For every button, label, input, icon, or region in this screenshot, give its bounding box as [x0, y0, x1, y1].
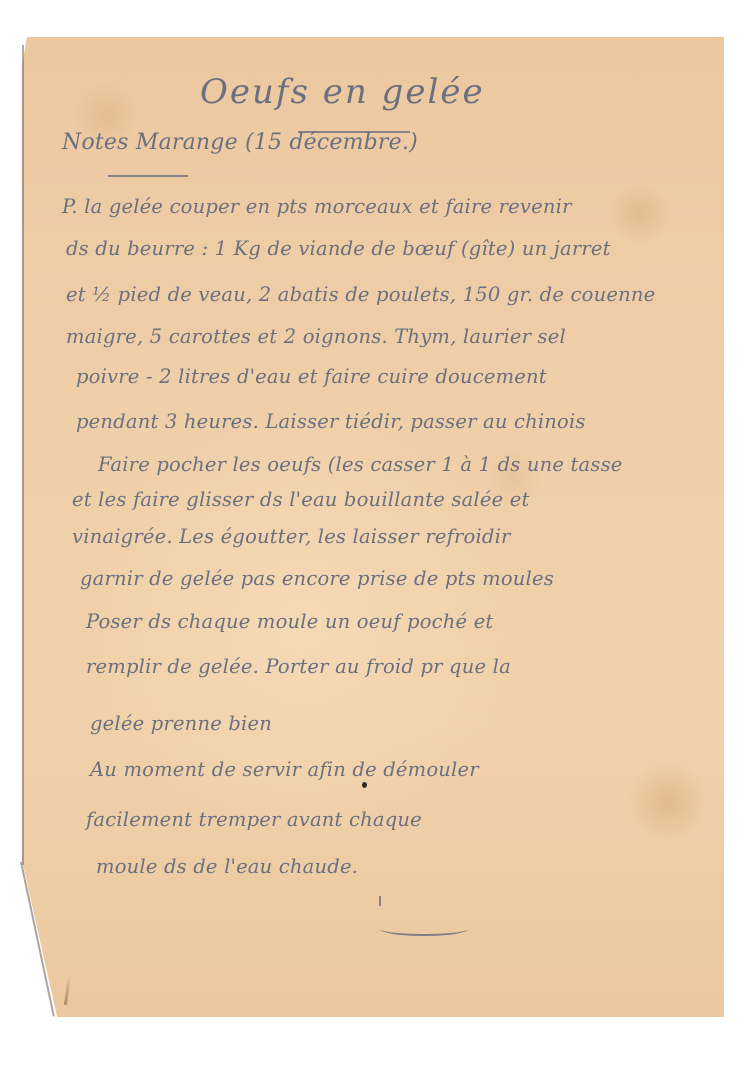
recipe-line-7: Faire pocher les oeufs (les casser 1 à 1… [98, 453, 623, 476]
recipe-line-14: Au moment de servir afin de démouler [90, 758, 479, 781]
recipe-line-16: moule ds de l'eau chaude. [96, 855, 358, 878]
recipe-line-3: et ½ pied de veau, 2 abatis de poulets, … [66, 283, 655, 306]
ink-dot [362, 782, 367, 788]
recipe-line-12: remplir de gelée. Porter au froid pr que… [86, 655, 511, 678]
recipe-line-2: ds du beurre : 1 Kg de viande de bœuf (g… [66, 237, 611, 260]
recipe-line-13: gelée prenne bien [90, 712, 272, 735]
recipe-title: Oeufs en gelée [200, 72, 485, 112]
recipe-line-5: poivre - 2 litres d'eau et faire cuire d… [76, 365, 547, 388]
recipe-line-6: pendant 3 heures. Laisser tiédir, passer… [76, 410, 586, 433]
date-overline [298, 131, 410, 133]
recipe-subtitle: Notes Marange (15 décembre.) [62, 130, 418, 155]
signoff-flourish [380, 922, 468, 936]
recipe-line-10: garnir de gelée pas encore prise de pts … [80, 567, 554, 590]
paper-left-edge [22, 45, 24, 865]
recipe-line-9: vinaigrée. Les égoutter, les laisser ref… [72, 525, 511, 548]
signoff-tick [379, 896, 381, 906]
subtitle-underline [108, 175, 188, 177]
recipe-line-1: P. la gelée couper en pts morceaux et fa… [62, 195, 572, 218]
recipe-line-11: Poser ds chaque moule un oeuf poché et [86, 610, 493, 633]
recipe-line-8: et les faire glisser ds l'eau bouillante… [72, 488, 530, 511]
recipe-line-15: facilement tremper avant chaque [86, 808, 422, 831]
recipe-line-4: maigre, 5 carottes et 2 oignons. Thym, l… [66, 325, 566, 348]
